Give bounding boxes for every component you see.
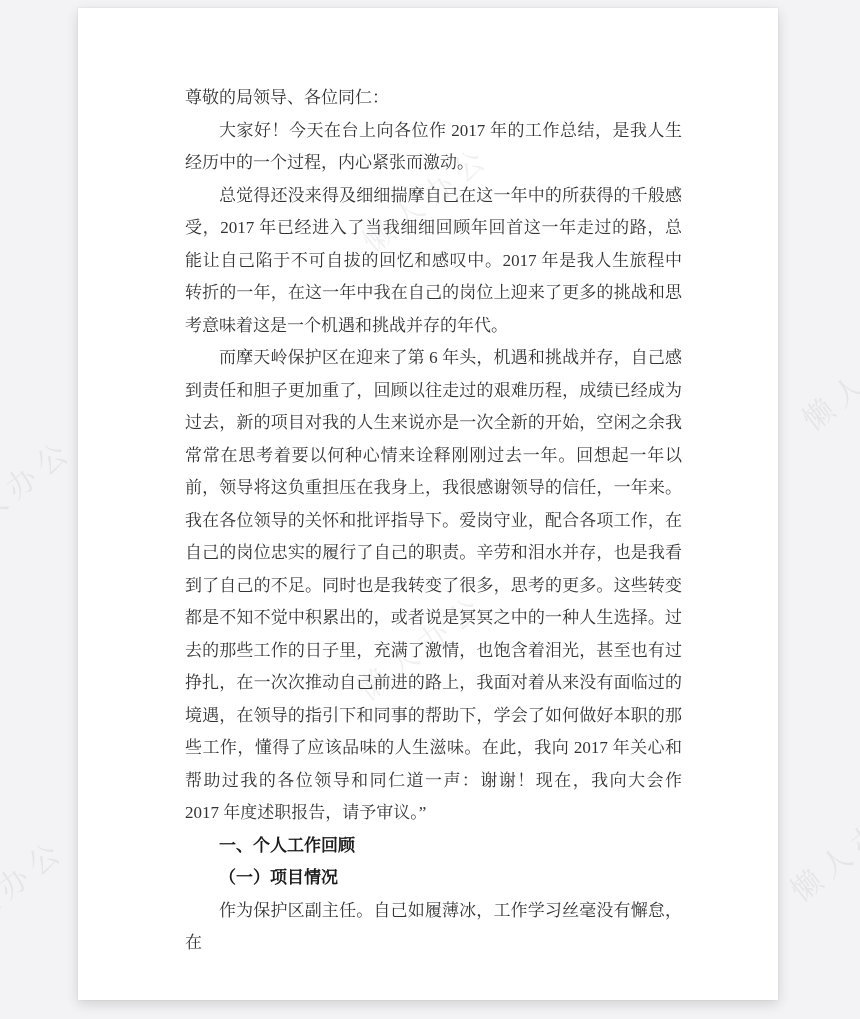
paragraph-opening: 大家好！今天在台上向各位作 2017 年的工作总结，是我人生经历中的一个过程，内… [185,115,682,180]
watermark-text: 懒人办公 [780,782,860,910]
watermark-text: 懒人办公 [792,311,860,439]
section-heading-personal-work-review: 一、个人工作回顾 [185,830,682,863]
watermark-text: 懒人办公 [0,826,73,954]
watermark-text: 懒人办公 [0,426,81,554]
paragraph-main-review: 而摩天岭保护区在迎来了第 6 年头，机遇和挑战并存，自己感到责任和胆子更加重了，… [185,342,682,830]
paragraph-project-intro: 作为保护区副主任。自己如履薄冰，工作学习丝毫没有懈怠，在 [185,895,682,960]
paragraph-reflection: 总觉得还没来得及细细揣摩自己在这一年中的所获得的千般感受，2017 年已经进入了… [185,180,682,343]
document-viewer-canvas: 懒人办公 懒人办公 懒人办公 懒人办公 懒人办公 懒人办公 尊敬的局领导、各位同… [0,0,860,1019]
document-body: 尊敬的局领导、各位同仁： 大家好！今天在台上向各位作 2017 年的工作总结，是… [185,82,682,960]
subsection-heading-project-situation: （一）项目情况 [185,862,682,895]
salutation-line: 尊敬的局领导、各位同仁： [185,82,682,115]
